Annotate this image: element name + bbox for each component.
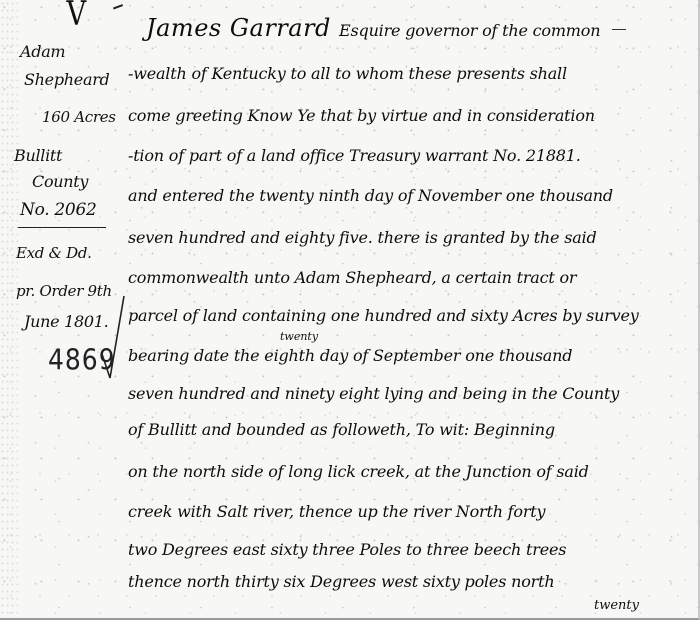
body-line-1-rest: Esquire governor of the common [339, 21, 600, 40]
body-line-3: come greeting Know Ye that by virtue and… [128, 106, 595, 125]
body-line-1: James Garrard Esquire governor of the co… [146, 14, 626, 42]
governor-name: James Garrard [146, 14, 331, 42]
body-line-4: -tion of part of a land office Treasury … [128, 146, 581, 165]
body-line-2: -wealth of Kentucky to all to whom these… [128, 64, 567, 83]
margin-grantee-first: Adam [20, 42, 65, 61]
document-scan: V Adam Shepheard 160 Acres Bullitt Count… [0, 0, 700, 620]
margin-entry-line3: June 1801. [24, 312, 108, 331]
body-line-15: thence north thirty six Degrees west six… [128, 572, 554, 591]
margin-number: No. 2062 [20, 200, 96, 220]
body-line-14: two Degrees east sixty three Poles to th… [128, 540, 566, 559]
interlineation-twenty-bottom: twenty [594, 598, 639, 613]
margin-check-icon [98, 292, 126, 382]
body-line-8: parcel of land containing one hundred an… [128, 306, 639, 325]
margin-county-line1: Bullitt [14, 146, 62, 165]
body-line-12: on the north side of long lick creek, at… [128, 462, 589, 481]
margin-acreage: 160 Acres [42, 108, 116, 126]
document-body: James Garrard Esquire governor of the co… [128, 0, 700, 620]
body-line-10: seven hundred and ninety eight lying and… [128, 384, 619, 403]
body-line-7: commonwealth unto Adam Shepheard, a cert… [128, 268, 576, 287]
body-line-6: seven hundred and eighty five. there is … [128, 228, 597, 247]
body-line-5: and entered the twenty ninth day of Nove… [128, 186, 613, 205]
interlineation-twenty: twenty [280, 330, 318, 343]
margin-entry-line1: Exd & Dd. [16, 244, 92, 262]
margin-county-line2: County [32, 172, 88, 191]
margin-annotations: Adam Shepheard 160 Acres Bullitt County … [0, 0, 130, 620]
body-line-11: of Bullitt and bounded as followeth, To … [128, 420, 555, 439]
margin-divider [18, 227, 106, 228]
margin-grantee-last: Shepheard [24, 70, 109, 89]
body-line-9: bearing date the eighth day of September… [128, 346, 572, 365]
body-line-13: creek with Salt river, thence up the riv… [128, 502, 545, 521]
